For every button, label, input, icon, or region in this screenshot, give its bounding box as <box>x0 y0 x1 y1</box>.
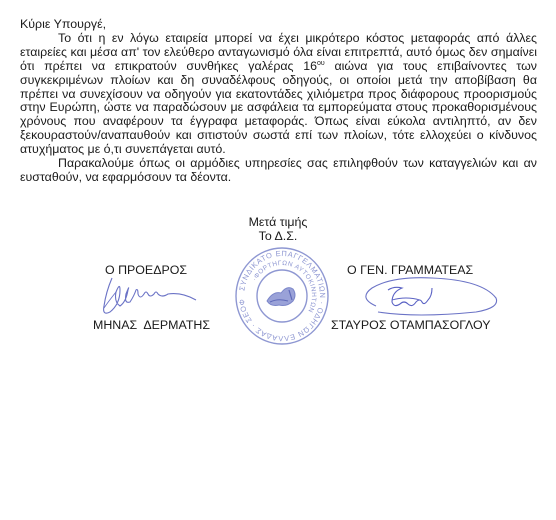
salutation: Κύριε Υπουργέ, <box>20 18 537 32</box>
secretary-signature-icon <box>352 276 502 318</box>
president-signature-icon <box>98 272 218 324</box>
closing-board: Το Δ.Σ. <box>0 229 556 243</box>
secretary-title: Ο ΓΕΝ. ΓΡΑΜΜΑΤΕΑΣ <box>347 263 473 277</box>
paragraph-1: Το ότι η εν λόγω εταιρεία μπορεί να έχει… <box>20 32 537 157</box>
paragraph-1-text-b: αιώνα για τους επιβαίνοντες των συγκεκρι… <box>20 59 537 156</box>
closing: Μετά τιμής Το Δ.Σ. <box>0 215 556 243</box>
secretary-name: ΣΤΑΥΡΟΣ ΟΤΑΜΠΑΣΟΓΛΟΥ <box>331 318 491 332</box>
president-name: ΜΗΝΑΣ ΔΕΡΜΑΤΗΣ <box>93 318 210 332</box>
superscript: ου <box>317 60 325 67</box>
closing-regards: Μετά τιμής <box>0 215 556 229</box>
paragraph-2: Παρακαλούμε όπως οι αρμόδιες υπηρεσίες σ… <box>20 157 537 185</box>
letter-body: Κύριε Υπουργέ, Το ότι η εν λόγω εταιρεία… <box>20 18 537 185</box>
union-stamp-icon: ΣΥΝΔΙΚΑΤΟ ΕΠΑΓΓΕΛΜΑΤΙΩΝ · ΟΔΗΓΩΝ ΕΛΛΑΔΑΣ… <box>234 246 330 346</box>
